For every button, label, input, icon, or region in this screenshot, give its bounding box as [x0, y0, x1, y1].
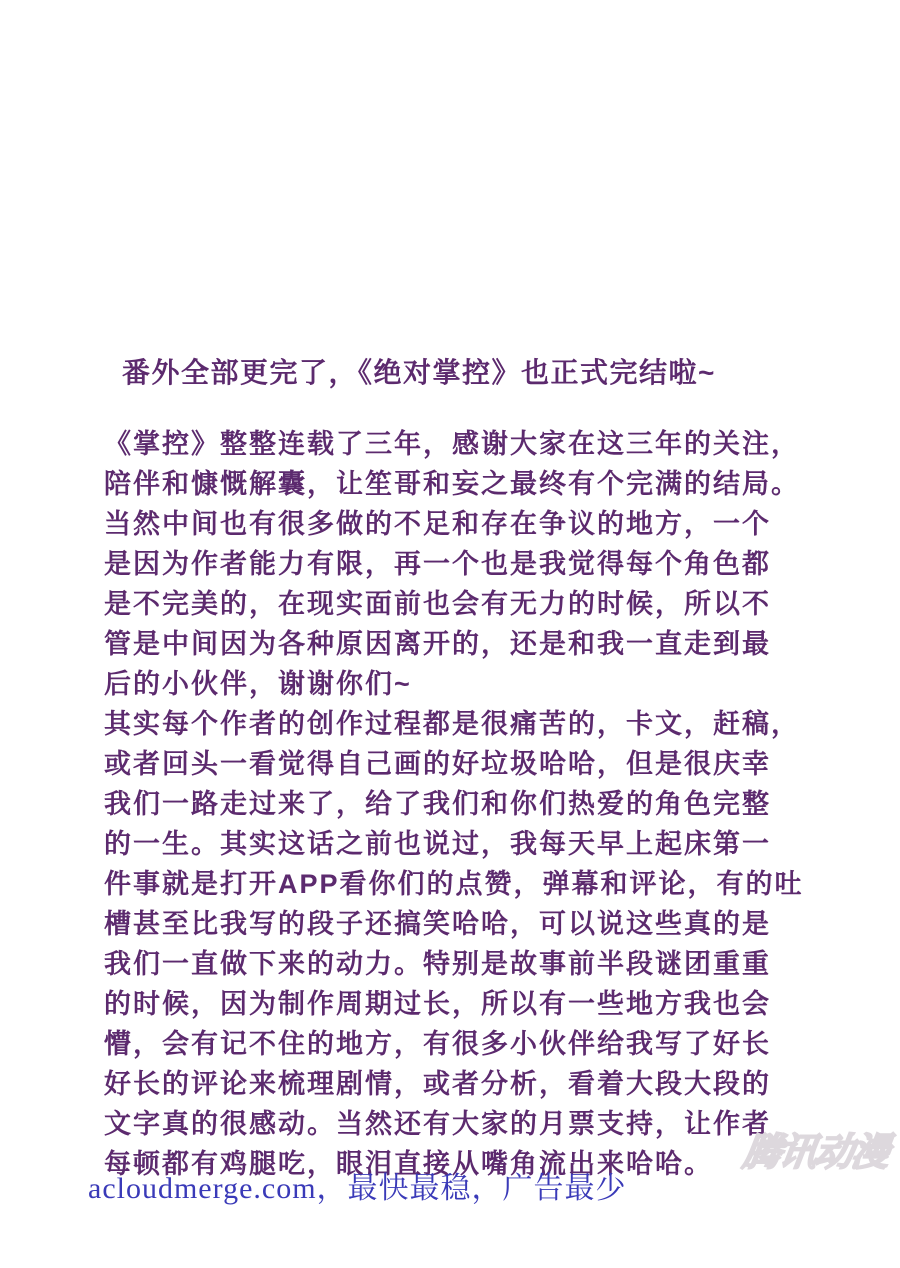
afterword-line: 文字真的很感动。当然还有大家的月票支持，让作者	[104, 1104, 844, 1144]
comic-afterword-page: 番外全部更完了，《绝对掌控》也正式完结啦~ 《掌控》整整连载了三年，感谢大家在这…	[0, 0, 900, 1268]
afterword-line: 好长的评论来梳理剧情，或者分析，看着大段大段的	[104, 1064, 844, 1104]
afterword-line: 槽甚至比我写的段子还搞笑哈哈，可以说这些真的是	[104, 904, 844, 944]
afterword-line: 懵，会有记不住的地方，有很多小伙伴给我写了好长	[104, 1024, 844, 1064]
afterword-line: 其实每个作者的创作过程都是很痛苦的，卡文，赶稿，	[104, 704, 844, 744]
afterword-line: 陪伴和慷慨解囊，让笙哥和妄之最终有个完满的结局。	[104, 464, 844, 504]
afterword-line: 我们一直做下来的动力。特别是故事前半段谜团重重	[104, 944, 844, 984]
afterword-line: 的一生。其实这话之前也说过，我每天早上起床第一	[104, 824, 844, 864]
site-watermark: acloudmerge.com，最快最稳，广告最少	[88, 1163, 627, 1207]
afterword-line: 管是中间因为各种原因离开的，还是和我一直走到最	[104, 624, 844, 664]
afterword-line: 《掌控》整整连载了三年，感谢大家在这三年的关注，	[104, 424, 844, 464]
afterword-line: 的时候，因为制作周期过长，所以有一些地方我也会	[104, 984, 844, 1024]
afterword-line: 是不完美的，在现实面前也会有无力的时候，所以不	[104, 584, 844, 624]
afterword-line: 或者回头一看觉得自己画的好垃圾哈哈，但是很庆幸	[104, 744, 844, 784]
afterword-line: 件事就是打开APP看你们的点赞，弹幕和评论，有的吐	[104, 864, 844, 904]
afterword-line: 当然中间也有很多做的不足和存在争议的地方，一个	[104, 504, 844, 544]
afterword-line: 我们一路走过来了，给了我们和你们热爱的角色完整	[104, 784, 844, 824]
platform-watermark: 腾讯动漫	[740, 1121, 892, 1176]
afterword-line: 后的小伙伴，谢谢你们~	[104, 664, 844, 704]
afterword-title: 番外全部更完了，《绝对掌控》也正式完结啦~	[122, 351, 716, 391]
afterword-line: 是因为作者能力有限，再一个也是我觉得每个角色都	[104, 544, 844, 584]
afterword-body: 《掌控》整整连载了三年，感谢大家在这三年的关注， 陪伴和慷慨解囊，让笙哥和妄之最…	[104, 424, 844, 1184]
